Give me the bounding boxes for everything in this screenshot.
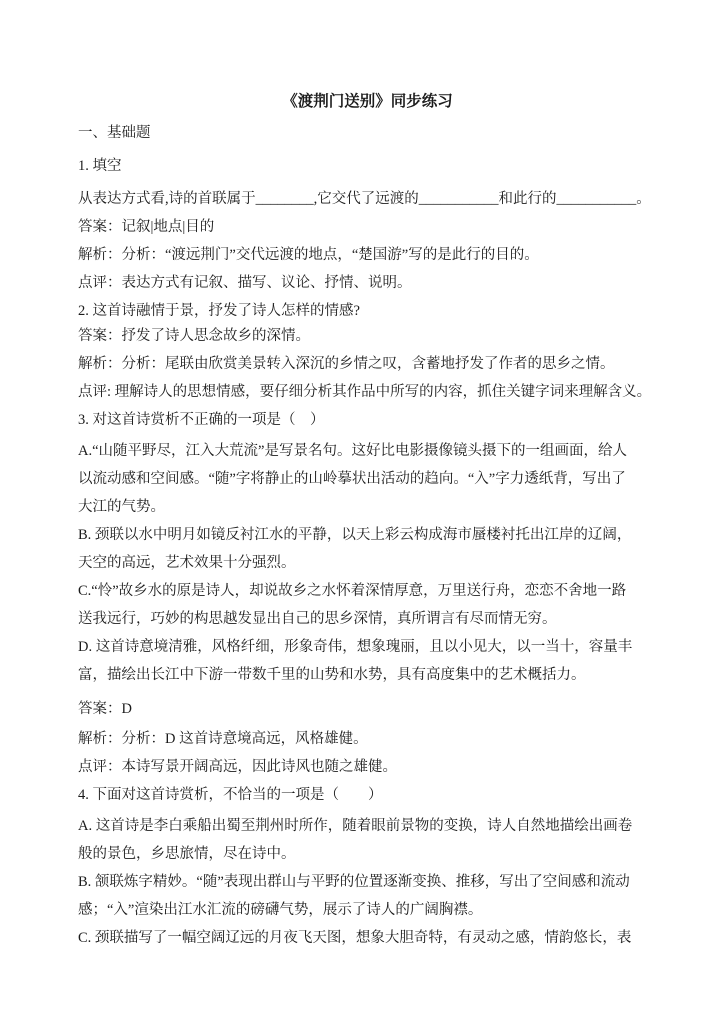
q3-option-a-line-1: A.“山随平野尽，江入大荒流”是写景名句。这好比电影摄像镜头摄下的一组画面，给人: [78, 437, 657, 465]
q1-analysis: 解析：分析：“渡远荆门”交代远渡的地点，“楚国游”写的是此行的目的。: [78, 241, 657, 269]
q1-label: 1. 填空: [78, 152, 657, 180]
q3-option-d-line-1: D. 这首诗意境清雅，风格纤细，形象奇伟，想象瑰丽，且以小见大，以一当十，容量丰: [78, 633, 657, 661]
q3-stem: 3. 对这首诗赏析不正确的一项是（ ）: [78, 406, 657, 434]
q2-analysis: 解析：分析：尾联由欣赏美景转入深沉的乡情之叹，含蓄地抒发了作者的思乡之情。: [78, 350, 657, 378]
q3-option-a-line-2: 以流动感和空间感。“随”字将静止的山岭摹状出活动的趋向。“入”字力透纸背，写出了: [78, 465, 657, 493]
q4-option-b-line-1: B. 颔联炼字精妙。“随”表现出群山与平野的位置逐渐变换、推移，写出了空间感和流…: [78, 868, 657, 896]
q1-comment: 点评：表达方式有记叙、描写、议论、抒情、说明。: [78, 269, 657, 297]
q1-answer: 答案：记叙|地点|目的: [78, 213, 657, 241]
q3-option-b-line-1: B. 颈联以水中明月如镜反衬江水的平静，以天上彩云构成海市蜃楼衬托出江岸的辽阔，: [78, 521, 657, 549]
q4-option-c-line-1: C. 颈联描写了一幅空阔辽远的月夜飞天图，想象大胆奇特，有灵动之感，情韵悠长，表: [78, 924, 657, 952]
q1-stem: 从表达方式看,诗的首联属于________,它交代了远渡的___________…: [78, 185, 657, 213]
page-title: 《渡荆门送别》同步练习: [78, 88, 657, 116]
q4-option-a-line-2: 般的景色，乡思旅情，尽在诗中。: [78, 840, 657, 868]
document-page: 《渡荆门送别》同步练习 一、基础题 1. 填空 从表达方式看,诗的首联属于___…: [0, 0, 725, 1024]
q3-option-a-line-3: 大江的气势。: [78, 493, 657, 521]
q3-option-c-line-2: 送我远行，巧妙的构思越发显出自己的思乡深情，真所谓言有尽而情无穷。: [78, 605, 657, 633]
q2-stem: 2. 这首诗融情于景，抒发了诗人怎样的情感?: [78, 300, 657, 322]
q3-option-b-line-2: 天空的高远，艺术效果十分强烈。: [78, 549, 657, 577]
q2-answer: 答案：抒发了诗人思念故乡的深情。: [78, 322, 657, 350]
q2-comment: 点评: 理解诗人的思想情感，要仔细分析其作品中所写的内容，抓住关键字词来理解含义…: [78, 378, 657, 406]
q4-option-b-line-2: 感；“入”渲染出江水汇流的磅礴气势，展示了诗人的广阔胸襟。: [78, 896, 657, 924]
q3-option-d-line-2: 富，描绘出长江中下游一带数千里的山势和水势，具有高度集中的艺术概括力。: [78, 661, 657, 689]
q4-stem: 4. 下面对这首诗赏析，不恰当的一项是（ ）: [78, 781, 657, 809]
q4-option-a-line-1: A. 这首诗是李白乘船出蜀至荆州时所作，随着眼前景物的变换，诗人自然地描绘出画卷: [78, 812, 657, 840]
q3-answer: 答案：D: [78, 695, 657, 723]
q3-comment: 点评：本诗写景开阔高远，因此诗风也随之雄健。: [78, 753, 657, 781]
section-heading: 一、基础题: [78, 119, 657, 147]
q3-option-c-line-1: C.“怜”故乡水的原是诗人，却说故乡之水怀着深情厚意，万里送行舟，恋恋不舍地一路: [78, 577, 657, 605]
q3-analysis: 解析：分析：D 这首诗意境高远，风格雄健。: [78, 725, 657, 753]
